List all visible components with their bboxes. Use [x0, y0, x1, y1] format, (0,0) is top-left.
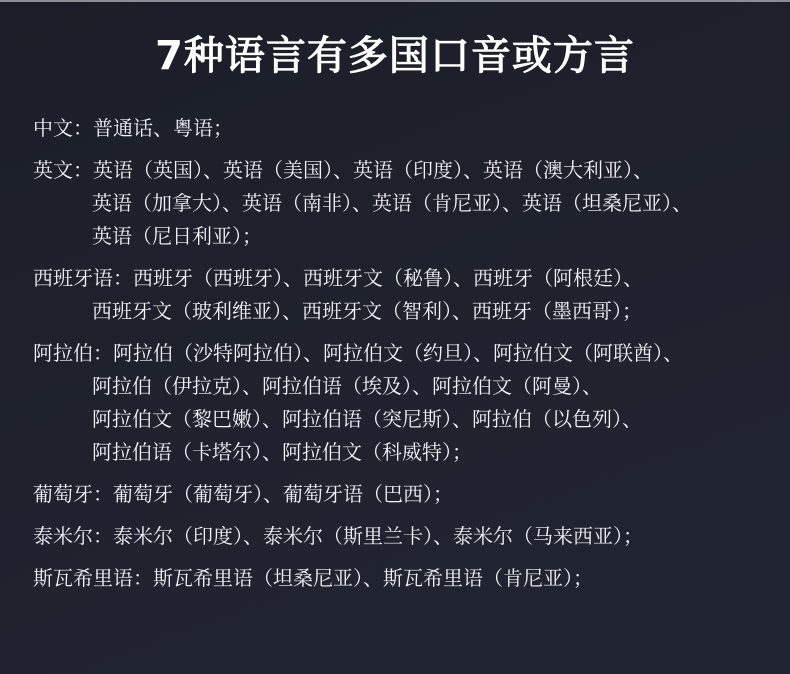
language-block-arabic: 阿拉伯：阿拉伯（沙特阿拉伯）、阿拉伯文（约旦）、阿拉伯文（阿联酋）、 阿拉伯（伊…: [33, 337, 783, 469]
dialect-line: 西班牙（西班牙）、西班牙文（秘鲁）、西班牙（阿根廷）、: [133, 266, 643, 290]
dialect-line: 普通话、粤语；: [93, 116, 233, 140]
dialect-line: 英语（英国）、英语（美国）、英语（印度）、英语（澳大利亚）、: [93, 158, 653, 182]
language-block-chinese: 中文：普通话、粤语；: [33, 112, 783, 145]
dialect-line: 斯瓦希里语（坦桑尼亚）、斯瓦希里语（肯尼亚）；: [153, 566, 593, 590]
dialect-line: 阿拉伯（伊拉克）、阿拉伯语（埃及）、阿拉伯文（阿曼）、: [33, 370, 783, 403]
language-block-english: 英文：英语（英国）、英语（美国）、英语（印度）、英语（澳大利亚）、 英语（加拿大…: [33, 154, 783, 253]
dialect-line: 英语（尼日利亚）；: [33, 220, 783, 253]
language-label: 中文：: [33, 116, 93, 140]
language-block-tamil: 泰米尔：泰米尔（印度）、泰米尔（斯里兰卡）、泰米尔（马来西亚）；: [33, 520, 783, 553]
language-block-swahili: 斯瓦希里语：斯瓦希里语（坦桑尼亚）、斯瓦希里语（肯尼亚）；: [33, 562, 783, 595]
top-divider-strip: [0, 0, 790, 2]
language-label: 斯瓦希里语：: [33, 566, 153, 590]
language-label: 西班牙语：: [33, 266, 133, 290]
language-label: 阿拉伯：: [33, 341, 113, 365]
language-block-portuguese: 葡萄牙：葡萄牙（葡萄牙）、葡萄牙语（巴西）；: [33, 478, 783, 511]
dialect-line: 阿拉伯文（黎巴嫩）、阿拉伯语（突尼斯）、阿拉伯（以色列）、: [33, 403, 783, 436]
dialect-line: 阿拉伯（沙特阿拉伯）、阿拉伯文（约旦）、阿拉伯文（阿联酋）、: [113, 341, 683, 365]
language-list: 中文：普通话、粤语； 英文：英语（英国）、英语（美国）、英语（印度）、英语（澳大…: [33, 112, 783, 604]
dialect-line: 西班牙文（玻利维亚）、西班牙文（智利）、西班牙（墨西哥）；: [33, 295, 783, 328]
dialect-line: 葡萄牙（葡萄牙）、葡萄牙语（巴西）；: [113, 482, 453, 506]
language-label: 泰米尔：: [33, 524, 113, 548]
dialect-line: 泰米尔（印度）、泰米尔（斯里兰卡）、泰米尔（马来西亚）；: [113, 524, 643, 548]
language-label: 英文：: [33, 158, 93, 182]
language-label: 葡萄牙：: [33, 482, 113, 506]
dialect-line: 英语（加拿大）、英语（南非）、英语（肯尼亚）、英语（坦桑尼亚）、: [33, 187, 783, 220]
dialect-line: 阿拉伯语（卡塔尔）、阿拉伯文（科威特）；: [33, 436, 783, 469]
page-title: 7种语言有多国口音或方言: [0, 30, 790, 82]
language-block-spanish: 西班牙语：西班牙（西班牙）、西班牙文（秘鲁）、西班牙（阿根廷）、 西班牙文（玻利…: [33, 262, 783, 328]
